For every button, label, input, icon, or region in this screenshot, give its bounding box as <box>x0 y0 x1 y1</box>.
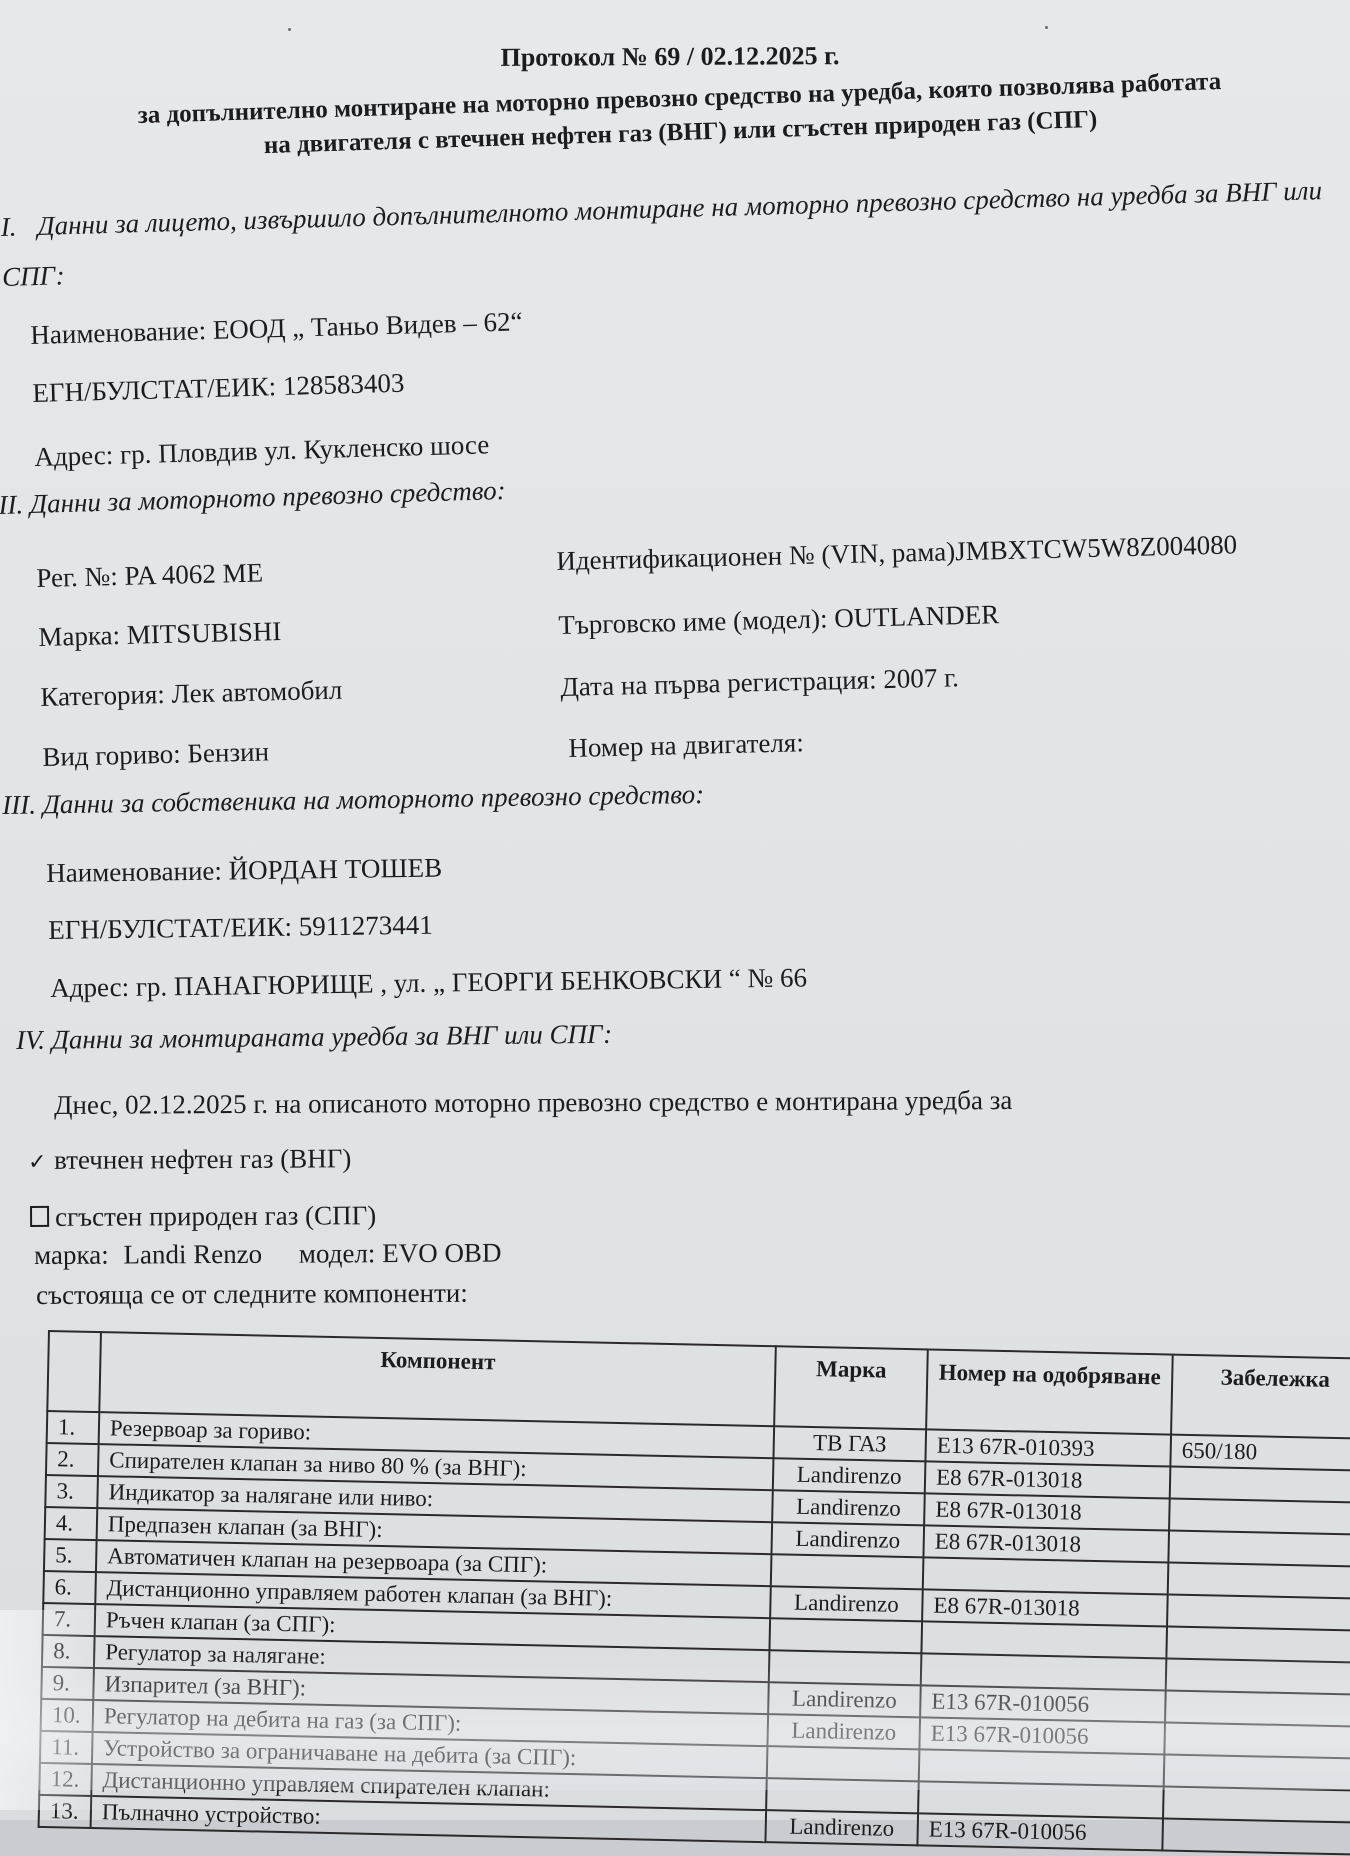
brand-cell: ТВ ГАЗ <box>773 1426 926 1461</box>
components-table-body: 1.Резервоар за гориво:ТВ ГАЗE13 67R-0103… <box>39 1411 1350 1800</box>
section-2-title: Данни за моторното превозно средство: <box>29 475 506 519</box>
installer-id-label: ЕГН/БУЛСТАТ/ЕИК: <box>32 371 277 408</box>
vehicle-category-value: Лек автомобил <box>171 675 342 709</box>
note-cell <box>1167 1595 1350 1631</box>
installer-address-value: гр. Пловдив ул. Кукленско шосе <box>120 429 490 469</box>
owner-address-value: гр. ПАНАГЮРИЩЕ , ул. „ ГЕОРГИ БЕНКОВСКИ … <box>136 962 808 1001</box>
owner-id-row: ЕГН/БУЛСТАТ/ЕИК: 5911273441 <box>48 910 433 946</box>
brand-cell <box>769 1650 922 1685</box>
section-3-title: Данни за собственика на моторното превоз… <box>42 779 704 819</box>
brand-cell: Landirenzo <box>772 1490 925 1525</box>
installer-address-label: Адрес: <box>34 440 114 472</box>
paper-speck <box>288 28 291 31</box>
row-number-cell: 10. <box>41 1699 94 1732</box>
approval-number-cell: E13 67R-010056 <box>919 1717 1165 1754</box>
owner-address-row: Адрес: гр. ПАНАГЮРИЩЕ , ул. „ ГЕОРГИ БЕН… <box>50 962 807 1004</box>
brand-cell <box>769 1618 922 1653</box>
vehicle-first-reg-label: Дата на първа регистрация: <box>560 664 877 702</box>
vehicle-make-row: Марка: MITSUBISHI <box>38 616 282 653</box>
option-lpg-label: втечнен нефтен газ (ВНГ) <box>54 1143 351 1175</box>
row-number-cell: 11. <box>40 1731 93 1764</box>
brand-cell: Landirenzo <box>773 1458 926 1493</box>
owner-id-value: 5911273441 <box>299 910 433 942</box>
row-number-cell: 9. <box>41 1667 94 1700</box>
approval-number-cell: E8 67R-013018 <box>923 1525 1169 1562</box>
approval-number-cell <box>919 1749 1165 1786</box>
row-number-cell: 8. <box>42 1635 95 1668</box>
approval-number-cell <box>921 1621 1167 1658</box>
approval-number-cell: E13 67R-010393 <box>925 1429 1171 1466</box>
vehicle-fuel-value: Бензин <box>187 736 269 768</box>
section-3-heading: III. Данни за собственика на моторното п… <box>2 779 704 821</box>
document-subtitle: за допълнително монтиране на моторно пре… <box>29 62 1330 171</box>
approval-number-cell: E8 67R-013018 <box>922 1589 1168 1626</box>
components-table-wrapper: Компонент Марка Номер на одобряване Забе… <box>38 1330 1350 1800</box>
document-page: Протокол № 69 / 02.12.2025 г. за допълни… <box>0 0 1350 1800</box>
document-content: Протокол № 69 / 02.12.2025 г. за допълни… <box>0 0 1350 1800</box>
vehicle-category-row: Категория: Лек автомобил <box>40 675 343 713</box>
header-brand: Марка <box>774 1346 928 1429</box>
checkmark-icon: ✓ <box>28 1150 54 1175</box>
owner-address-label: Адрес: <box>50 972 129 1003</box>
note-cell <box>1169 1499 1350 1535</box>
section-2-heading: II. Данни за моторното превозно средство… <box>0 475 506 521</box>
components-table: Компонент Марка Номер на одобряване Забе… <box>38 1330 1350 1800</box>
row-number-cell: 4. <box>45 1507 98 1540</box>
owner-id-label: ЕГН/БУЛСТАТ/ЕИК: <box>48 912 292 945</box>
row-number-cell: 6. <box>43 1571 96 1604</box>
approval-number-cell: E8 67R-013018 <box>925 1461 1171 1498</box>
vehicle-model-row: Търговско име (модел): OUTLANDER <box>558 599 1000 641</box>
section-3-number: III. <box>2 789 36 820</box>
system-model-value: EVO OBD <box>382 1238 501 1269</box>
approval-number-cell: E8 67R-013018 <box>924 1493 1170 1530</box>
section-1-number: I. <box>0 201 31 252</box>
installer-id-value: 128583403 <box>282 368 404 401</box>
note-cell <box>1164 1722 1350 1758</box>
vehicle-vin-label: Идентификационен № (VIN, рама) <box>556 536 956 576</box>
vehicle-model-label: Търговско име (модел): <box>558 603 828 640</box>
vehicle-make-label: Марка: <box>38 620 120 652</box>
vehicle-make-value: MITSUBISHI <box>126 616 281 650</box>
system-brand-model-row: марка: Landi Renzo модел: EVO OBD <box>34 1238 501 1271</box>
approval-number-cell: E13 67R-010056 <box>920 1685 1166 1722</box>
header-component: Компонент <box>99 1332 776 1426</box>
section-4-number: IV. <box>16 1025 45 1055</box>
owner-name-label: Наименование: <box>46 856 222 888</box>
installer-id-row: ЕГН/БУЛСТАТ/ЕИК: 128583403 <box>32 368 405 409</box>
vehicle-first-reg-row: Дата на първа регистрация: 2007 г. <box>560 662 959 703</box>
option-cng-label: сгъстен природен газ (СПГ) <box>55 1200 376 1232</box>
note-cell <box>1168 1563 1350 1599</box>
installer-address-row: Адрес: гр. Пловдив ул. Кукленско шосе <box>34 429 490 473</box>
vehicle-vin-row: Идентификационен № (VIN, рама)JMBXTCW5W8… <box>556 529 1237 577</box>
row-number-cell: 1. <box>47 1411 100 1444</box>
brand-cell: Landirenzo <box>768 1682 921 1717</box>
row-number-cell: 2. <box>46 1443 99 1476</box>
owner-name-value: ЙОРДАН ТОШЕВ <box>228 852 442 885</box>
note-cell <box>1166 1658 1350 1694</box>
brand-cell: Landirenzo <box>771 1522 924 1557</box>
system-brand-label: марка: <box>34 1240 109 1270</box>
note-cell <box>1165 1690 1350 1726</box>
vehicle-fuel-row: Вид гориво: Бензин <box>42 736 269 773</box>
brand-cell <box>771 1554 924 1589</box>
vehicle-vin-value: JMBXTCW5W8Z004080 <box>955 529 1238 566</box>
note-cell: 650/180 <box>1170 1435 1350 1471</box>
components-intro: състояща се от следните компоненти: <box>36 1278 468 1311</box>
brand-cell <box>766 1778 919 1800</box>
note-cell <box>1164 1754 1350 1790</box>
note-cell <box>1170 1467 1350 1503</box>
option-cng: сгъстен природен газ (СПГ) <box>30 1200 376 1233</box>
vehicle-reg-row: Рег. №: PA 4062 ME <box>36 557 263 594</box>
vehicle-first-reg-value: 2007 г. <box>883 662 959 694</box>
row-number-cell: 5. <box>44 1539 97 1572</box>
installer-name-row: Наименование: ЕООД „ Таньо Видев – 62“ <box>30 306 523 351</box>
owner-name-row: Наименование: ЙОРДАН ТОШЕВ <box>46 852 442 889</box>
vehicle-model-value: OUTLANDER <box>834 599 1000 633</box>
header-approval-number: Номер на одобряване <box>926 1349 1173 1434</box>
header-approval-text: Номер на одобряване <box>939 1360 1161 1390</box>
vehicle-fuel-label: Вид гориво: <box>42 739 181 772</box>
installation-statement: Днес, 02.12.2025 г. на описаното моторно… <box>54 1085 1012 1121</box>
paper-speck <box>1045 26 1048 29</box>
section-2-number: II. <box>0 489 24 520</box>
brand-cell <box>767 1746 920 1781</box>
checkbox-empty-icon <box>30 1206 49 1227</box>
section-4-title: Данни за монтираната уредба за ВНГ или С… <box>52 1019 613 1055</box>
header-number <box>47 1331 101 1412</box>
installer-name-label: Наименование: <box>30 315 206 350</box>
approval-number-cell <box>921 1653 1167 1690</box>
section-1-title: Данни за лицето, извършило допълнителнот… <box>2 175 1323 292</box>
note-cell <box>1166 1627 1350 1663</box>
system-brand-value: Landi Renzo <box>123 1239 262 1270</box>
brand-cell: Landirenzo <box>770 1586 923 1621</box>
header-note: Забележка <box>1171 1355 1350 1439</box>
vehicle-category-label: Категория: <box>40 679 165 712</box>
row-number-cell: 7. <box>43 1603 96 1636</box>
vehicle-engine-no-row: Номер на двигателя: <box>568 727 804 764</box>
row-number-cell: 13. <box>39 1795 92 1800</box>
vehicle-reg-value: PA 4062 ME <box>124 557 263 590</box>
brand-cell: Landirenzo <box>767 1714 920 1749</box>
vehicle-reg-label: Рег. №: <box>36 561 118 593</box>
system-model-label: модел: <box>299 1238 376 1268</box>
vehicle-engine-no-label: Номер на двигателя: <box>568 727 804 763</box>
row-number-cell: 12. <box>39 1763 92 1796</box>
row-number-cell: 3. <box>45 1475 98 1508</box>
installer-name-value: ЕООД „ Таньо Видев – 62“ <box>212 306 522 345</box>
section-1-heading: I. Данни за лицето, извършило допълнител… <box>0 165 1332 302</box>
option-lpg: ✓втечнен нефтен газ (ВНГ) <box>28 1143 351 1176</box>
approval-number-cell <box>923 1557 1169 1594</box>
note-cell <box>1168 1531 1350 1567</box>
section-4-heading: IV. Данни за монтираната уредба за ВНГ и… <box>16 1019 612 1056</box>
